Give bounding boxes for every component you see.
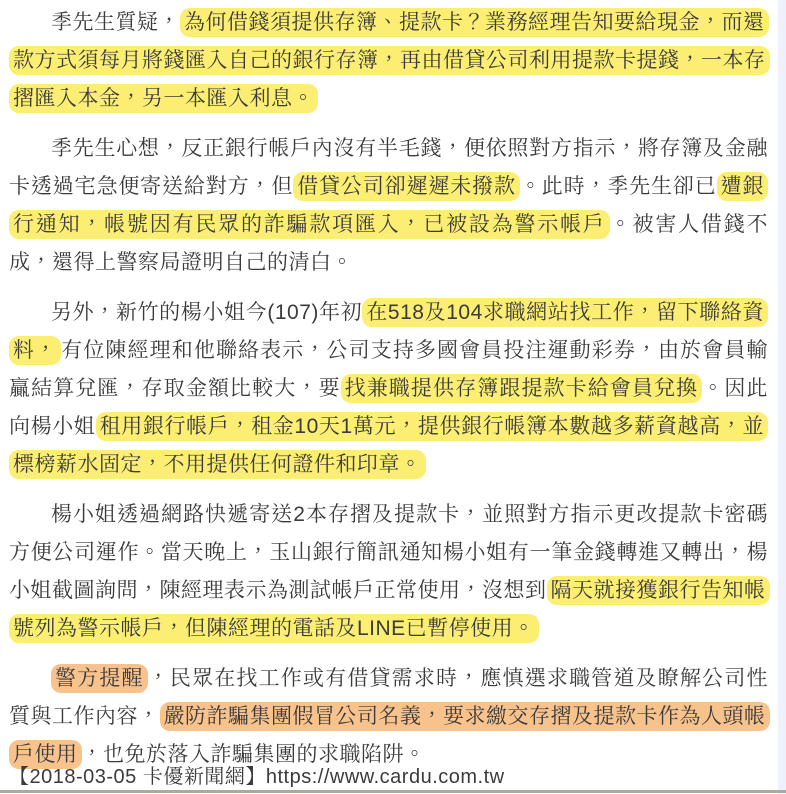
paragraph: 季先生心想，反正銀行帳戶內沒有半毛錢，便依照對方指示，將存簿及金融卡透過宅急便寄… xyxy=(9,130,768,282)
text-segment: ，也免於落入詐騙集團的求職陷阱。 xyxy=(82,743,426,766)
text-segment: 。此時，季先生卻已 xyxy=(520,175,717,198)
source-citation: 【2018-03-05 卡優新聞網】https://www.cardu.com.… xyxy=(9,766,505,788)
bottom-divider xyxy=(0,790,786,793)
paragraph: 季先生質疑，為何借錢須提供存簿、提款卡？業務經理告知要給現金，而還款方式須每月將… xyxy=(9,4,768,118)
highlighted-text: 找兼職提供存簿跟提款卡給會員兌換 xyxy=(341,374,703,403)
highlighted-text: 租用銀行帳戶，租金10天1萬元，提供銀行帳簿本數越多薪資越高，並標榜薪水固定，不… xyxy=(9,412,768,479)
highlighted-text: 警方提醒 xyxy=(51,664,148,693)
highlighted-text: 借貸公司卻遲遲未撥款 xyxy=(293,172,520,201)
paragraph: 楊小姐透過網路快遞寄送2本存摺及提款卡，並照對方指示更改提款卡密碼方便公司運作。… xyxy=(9,496,768,648)
text-segment: 另外，新竹的楊小姐今(107)年初 xyxy=(51,301,362,324)
article-body: 季先生質疑，為何借錢須提供存簿、提款卡？業務經理告知要給現金，而還款方式須每月將… xyxy=(0,0,778,786)
paragraph: 另外，新竹的楊小姐今(107)年初在518及104求職網站找工作，留下聯絡資料，… xyxy=(9,294,768,484)
text-segment: 季先生質疑， xyxy=(51,11,180,34)
paragraph: 警方提醒，民眾在找工作或有借貸需求時，應慎選求職管道及瞭解公司性質與工作內容，嚴… xyxy=(9,660,768,774)
scrollbar-track[interactable] xyxy=(778,0,786,794)
